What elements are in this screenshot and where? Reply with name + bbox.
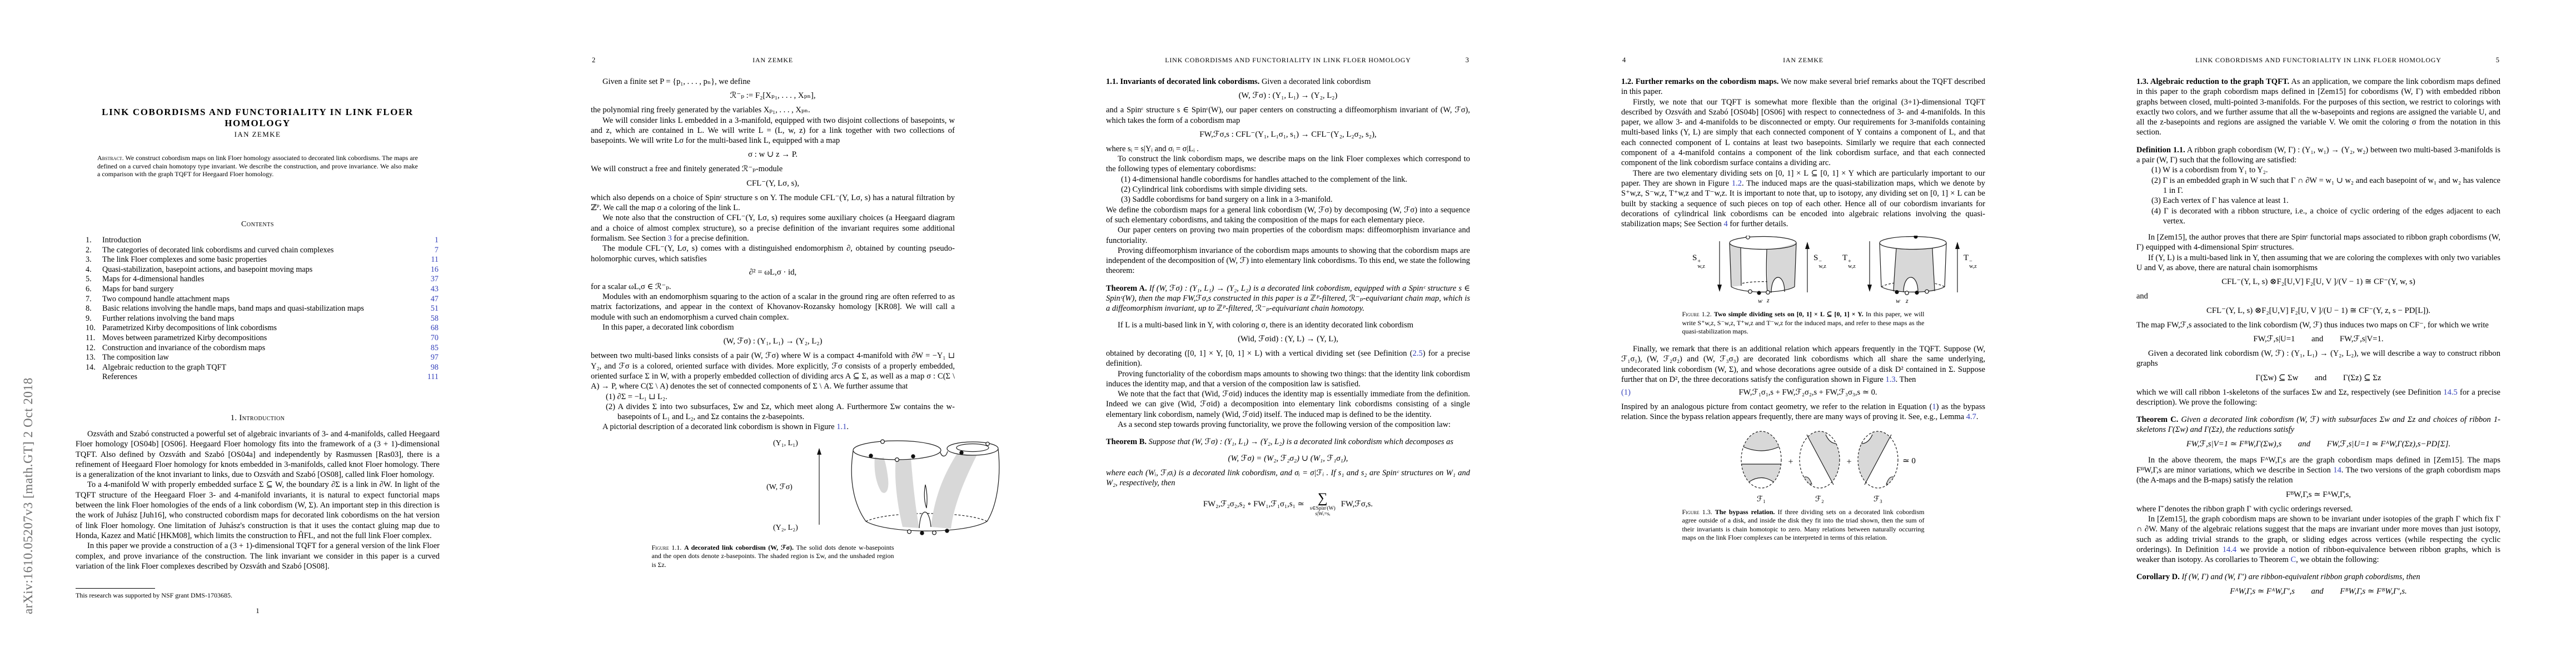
paragraph: There are two elementary dividing sets o… [1621,168,1985,230]
paragraph: The module CFL⁻(Y, Lσ, s) comes with a d… [591,243,955,264]
paper-title: LINK COBORDISMS AND FUNCTORIALITY IN LIN… [76,107,440,129]
map-letter: S [1813,253,1818,262]
paragraph: which we will call ribbon 1-skeletons of… [2136,387,2500,408]
figure-label-y1: (Y₁, L₁) [773,439,798,448]
text: Inspired by an analogous picture from co… [1621,402,1932,411]
figure-ref-link[interactable]: 1.1 [836,422,846,431]
composition-law-equation: FW₂,ℱ₂σ₂,s₂ ∘ FW₁,ℱ₁σ₁,s₁ ≃ ∑ s∈Spinᶜ(W)… [1106,491,1470,517]
paragraph: Given a decorated link cobordism (W, ℱ) … [2136,349,2500,369]
toc-page-link[interactable]: 70 [424,333,439,344]
w-label: w [1896,297,1900,305]
toc-title: Two compound handle attachment maps [102,295,424,305]
caption-head: A decorated link cobordism (W, ℱσ). [684,544,794,551]
subsection-1-3: 1.3. Algebraic reduction to the graph TQ… [2136,77,2500,138]
running-author: IAN ZEMKE [753,56,793,64]
down-arrow-icon [1866,240,1874,293]
page-2: 2 IAN ZEMKE Given a finite set P = {p₁, … [515,0,1030,667]
figure-1-1: (Y₁, L₁) (W, ℱσ) (Y₂, L₂) [591,439,955,540]
caption-label: Figure 1.1. [652,544,682,551]
text: Finally, we remark that there is an addi… [1621,345,1985,384]
list-item: (1) 4-dimensional handle cobordisms for … [1106,175,1470,185]
paragraph: We will consider links L embedded in a 3… [591,116,955,146]
equation: FW,ℱσ,s : CFL⁻(Y₁, L₁σ₁, s₁) → CFL⁻(Y₂, … [1106,130,1470,140]
toc-page-link[interactable]: 43 [424,285,439,295]
paragraph: We define the cobordism maps for a gener… [1106,205,1470,226]
map-letter: T [1842,253,1847,262]
toc-row: 9.Further relations involving the band m… [86,314,439,324]
paragraph: A pictorial description of a decorated l… [591,422,955,432]
toc-num: 6. [86,285,102,295]
toc-title: Algebraic reduction to the graph TQFT [102,363,424,373]
text: . Then [1896,375,1916,384]
map-label-t-plus: T+w,z [1842,253,1856,269]
paragraph: We note that the fact that (Wid, ℱσid) i… [1106,389,1470,420]
table-of-contents: 1.Introduction1 2.The categories of deco… [86,236,439,382]
list-item: (1) W is a cobordism from Y₁ to Y₂. [2136,165,2500,175]
plus-sign: + [1788,457,1793,466]
map-letter: S [1692,253,1697,262]
toc-row: 4.Quasi-stabilization, basepoint actions… [86,265,439,275]
contents-heading: Contents [76,220,440,229]
paragraph: Given a finite set P = {p₁, . . . , pₙ},… [591,77,955,87]
toc-page-link[interactable]: 68 [424,323,439,333]
toc-page-link[interactable]: 7 [424,246,439,256]
toc-num: 13. [86,353,102,363]
toc-page-link[interactable]: 111 [424,372,439,382]
list-item: (3) Saddle cobordisms for band surgery o… [1106,195,1470,205]
corollary-body: If (W, Γ) and (W, Γ′) are ribbon-equival… [2182,573,2420,581]
page-number: 3 [1466,56,1469,64]
page-4: 4 IAN ZEMKE 1.2. Further remarks on the … [1546,0,2061,667]
caption-head: The bypass relation. [1715,508,1775,516]
footnote-text: This research was supported by NSF grant… [76,591,232,599]
sum-symbol: ∑ s∈Spinᶜ(W) s|Wᵢ=sᵢ [1310,491,1336,517]
toc-page-link[interactable]: 1 [424,236,439,246]
abstract-text: We construct cobordism maps on link Floe… [97,154,418,178]
equation: FᴬW,Γ,s ≃ FᴬW,Γ′,s and FᴮW,Γ,s ≃ FᴮW,Γ′,… [2136,586,2500,596]
toc-row: 12.Construction and invariance of the co… [86,344,439,354]
toc-num: 1. [86,236,102,246]
intro-paragraphs: Ozsváth and Szabó constructed a powerful… [76,429,440,571]
running-head: 2 IAN ZEMKE [591,56,955,64]
figure-label-y2: (Y₂, L₂) [773,524,798,532]
paragraph: and [2136,291,2500,301]
caption-label: Figure 1.3. [1682,508,1712,516]
theorem-a: Theorem A. If (W, ℱσ) : (Y₁, L₁) → (Y₂, … [1106,283,1470,314]
subsection-1-2: 1.2. Further remarks on the cobordism ma… [1621,77,1985,97]
equation: Γ(Σw) ⊆ Σw and Γ(Σz) ⊆ Σz [2136,373,2500,383]
toc-page-link[interactable]: 37 [424,275,439,285]
equation: CFL⁻(Y, Lσ, s), [591,178,955,188]
section-ref-link[interactable]: 3 [668,234,672,243]
paragraph: and a Spinᶜ structure s ∈ Spinᶜ(W), our … [1106,105,1470,126]
paragraph: where sᵢ = s|Yᵢ and σᵢ = σ|Lᵢ . [1106,144,1470,154]
toc-page-link[interactable]: 11 [424,255,439,265]
toc-row: 11.Moves between parametrized Kirby deco… [86,333,439,344]
equation-lhs: FW₂,ℱ₂σ₂,s₂ ∘ FW₁,ℱ₁σ₁,s₁ ≃ [1203,499,1304,509]
text: . [846,422,849,431]
paragraph: the polynomial ring freely generated by … [591,105,955,115]
map-sub: w,z [1697,264,1705,269]
dividing-set-label-f1: ℱ₁ [1757,495,1766,504]
equation: (W, ℱσ) : (Y₁, L₁) → (Y₂, L₂) [1106,91,1470,101]
subsection-heading: 1.1. Invariants of decorated link cobord… [1106,77,1259,86]
w-label: w [1758,297,1762,305]
map-letter: T [1964,253,1969,262]
paragraph: The map FW,ℱ,s associated to the link co… [2136,320,2500,330]
theorem-body: Suppose that (W, ℱσ) : (Y₁, L₁) → (Y₂, L… [1149,437,1453,446]
figure-1-3: + + ≃ 0 ℱ₁ ℱ₂ ℱ₃ [1732,429,1985,505]
text: obtained by decorating ([0, 1] × Y, [0, … [1106,349,1413,358]
up-arrow-icon [1803,240,1811,293]
equation: (W, ℱσ) : (Y₁, L₁) → (Y₂, L₂) [591,336,955,346]
paragraph: obtained by decorating ([0, 1] × Y, [0, … [1106,349,1470,369]
toc-row: 5.Maps for 4-dimensional handles37 [86,275,439,285]
toc-title: The link Floer complexes and some basic … [102,255,424,265]
section-ref-link[interactable]: 14 [2333,466,2341,475]
toc-row: 2.The categories of decorated link cobor… [86,246,439,256]
corollary-d: Corollary D. If (W, Γ) and (W, Γ′) are r… [2136,572,2500,596]
paper-canvas: arXiv:1610.05207v3 [math.GT] 2 Oct 2018 … [0,0,2576,667]
toc-title: Parametrized Kirby decompositions of lin… [102,323,424,333]
equation: FW,ℱ,s|U=1 and FW,ℱ,s|V=1. [2136,334,2500,344]
list-item: (2) Cylindrical link cobordisms with sim… [1106,185,1470,195]
paragraph: which also depends on a choice of Spinᶜ … [591,193,955,213]
sum-subscript: s∈Spinᶜ(W) [1310,506,1336,511]
equation: ℛ⁻ₚ := F₂[Xₚ₁, . . . , Xₚₙ], [591,91,955,101]
figure-1-2: S+w,z w [1621,236,1985,307]
page-2-column: Given a finite set P = {p₁, . . . , pₙ},… [591,77,955,569]
theorem-c: Theorem C. Given a decorated link cobord… [2136,415,2500,449]
figure-1-1-caption: Figure 1.1. A decorated link cobordism (… [652,544,894,570]
toc-page-link[interactable]: 51 [424,304,439,314]
chain-homotopic-zero: ≃ 0 [1902,456,1916,465]
theorem-label: Theorem A. [1106,284,1147,293]
paragraph: If (Y, L) is a multi-based link in Y, th… [2136,253,2500,273]
text: for further details. [1728,220,1788,228]
toc-num: 10. [86,323,102,333]
paragraph: Proving functoriality of the cobordism m… [1106,369,1470,390]
paragraph: Our paper centers on proving two main pr… [1106,225,1470,246]
sigma-icon: ∑ [1318,491,1328,506]
toc-num: 3. [86,255,102,265]
cylinder-s-drawing: w z [1727,236,1799,305]
dividing-set-label-f2: ℱ₂ [1815,495,1824,504]
definition-body: A ribbon graph cobordism (W, Γ) : (Y₁, w… [2136,146,2500,165]
definition-label: Definition 1.1. [2136,146,2185,155]
page-number: 5 [2496,56,2499,64]
equation: FW,ℱ,s|V=1 ≃ FᴮW,Γ(Σw),s and FW,ℱ,s|U=1 … [2136,439,2500,449]
toc-title: Moves between parametrized Kirby decompo… [102,333,424,344]
sum-subscript: s|Wᵢ=sᵢ [1315,511,1330,517]
page-5: LINK COBORDISMS AND FUNCTORIALITY IN LIN… [2061,0,2576,667]
paragraph: We will construct a free and finitely ge… [591,164,955,174]
list-item: (1) ∂Σ = −L₁ ⊔ L₂. [591,392,955,402]
page-3-column: 1.1. Invariants of decorated link cobord… [1106,77,1470,521]
paragraph: To construct the link cobordism maps, we… [1106,154,1470,175]
caption-head: Two simple dividing sets on [0, 1] × L ⊆… [1714,310,1864,318]
equation: CFL⁻(Y, L, s) ⊗F₂[U,V] F₂[U, V ]/(U − 1)… [2136,306,2500,316]
figure-1-2-caption: Figure 1.2. Two simple dividing sets on … [1682,310,1925,336]
toc-title: Maps for 4-dimensional handles [102,275,424,285]
toc-title: Further relations involving the band map… [102,314,424,324]
theorem-label: Theorem C. [2136,415,2178,424]
equation-rhs: FW,ℱσ,s. [1341,499,1373,509]
page-1: arXiv:1610.05207v3 [math.GT] 2 Oct 2018 … [0,0,515,667]
section-1-heading: 1. Introduction [76,414,440,423]
corollary-label: Corollary D. [2136,573,2180,581]
page-1-column: LINK COBORDISMS AND FUNCTORIALITY IN LIN… [76,0,440,667]
paper-author: IAN ZEMKE [76,130,440,139]
paragraph: for a scalar ωL,σ ∈ ℛ⁻ₚ. [591,282,955,292]
map-label-t-minus: T−w,z [1964,253,1977,269]
paragraph: We note also that the construction of CF… [591,213,955,243]
toc-row: 8.Basic relations involving the handle m… [86,304,439,314]
figure-ref-link[interactable]: 1.2 [1732,179,1742,188]
toc-row: 6.Maps for band surgery43 [86,285,439,295]
equation-tag-link[interactable]: (1) [1621,388,1631,397]
z-label: z [1766,296,1770,304]
theorem-body: If (W, ℱσ) : (Y₁, L₁) → (Y₂, L₂) is a de… [1106,284,1470,313]
theorem-ref-link[interactable]: C [2290,555,2296,564]
abstract: Abstract. We construct cobordism maps on… [97,154,418,178]
toc-num: 12. [86,344,102,354]
running-head: 4 IAN ZEMKE [1621,56,1985,64]
paragraph: Firstly, we note that our TQFT is somewh… [1621,97,1985,168]
down-arrow-icon [1716,240,1723,293]
figure-1-3-caption: Figure 1.3. The bypass relation. If thre… [1682,508,1925,542]
toc-row: 1.Introduction1 [86,236,439,246]
toc-title: Quasi-stabilization, basepoint actions, … [102,265,424,275]
abstract-label: Abstract. [97,154,124,162]
toc-row: 13.The composition law97 [86,353,439,363]
text: We note also that the construction of CF… [591,213,955,243]
toc-page-link[interactable]: 85 [424,344,439,354]
running-title: LINK COBORDISMS AND FUNCTORIALITY IN LIN… [1165,56,1411,64]
paragraph: In this paper we provide a construction … [76,541,440,571]
figure-label-w: (W, ℱσ) [766,482,793,492]
toc-num: 2. [86,246,102,256]
definition-ref-link[interactable]: 14.4 [2223,545,2236,554]
toc-title: The categories of decorated link cobordi… [102,246,424,256]
list-item: (2) Γ is an embedded graph in W such tha… [2136,176,2500,196]
paragraph: Proving diffeomorphism invariance of the… [1106,246,1470,276]
equation-body: FW,ℱ₁σ₁,s + FW,ℱ₂σ₂,s + FW,ℱ₃σ₃,s ≃ 0. [1631,388,1985,397]
toc-title: Basic relations involving the handle map… [102,304,424,314]
toc-row: 7.Two compound handle attachment maps47 [86,295,439,305]
toc-page-link[interactable]: 47 [424,295,439,305]
toc-page-link[interactable]: 97 [424,353,439,363]
map-label-s-plus: S+w,z [1692,253,1705,269]
page-5-column: 1.3. Algebraic reduction to the graph TQ… [2136,77,2500,603]
bypass-relation-drawing: + + ≃ 0 ℱ₁ ℱ₂ ℱ₃ [1732,429,1921,505]
running-title: LINK COBORDISMS AND FUNCTORIALITY IN LIN… [2195,56,2441,64]
paragraph: In [Zem15], the author proves that there… [2136,232,2500,253]
subsection-heading: 1.3. Algebraic reduction to the graph TQ… [2136,77,2289,86]
list-item: (4) Γ is decorated with a ribbon structu… [2136,206,2500,227]
theorem-label: Theorem B. [1106,437,1147,446]
toc-page-link[interactable]: 98 [424,363,439,373]
paragraph: where Γ̄ denotes the ribbon graph Γ with… [2136,504,2500,514]
map-label-s-minus: S−w,z [1813,253,1826,269]
subsection-heading: 1.2. Further remarks on the cobordism ma… [1621,77,1778,86]
cylinder-t-drawing: w z [1877,236,1949,305]
running-head: LINK COBORDISMS AND FUNCTORIALITY IN LIN… [2136,56,2500,64]
text: As an application, we compare the link c… [2136,77,2500,137]
toc-num: 9. [86,314,102,324]
figure-ref-link[interactable]: 1.3 [1885,375,1895,384]
toc-num: 14. [86,363,102,373]
theorem-b: Theorem B. Suppose that (W, ℱσ) : (Y₁, L… [1106,437,1470,447]
toc-page-link[interactable]: 16 [424,265,439,275]
subsection-1-1: 1.1. Invariants of decorated link cobord… [1106,77,1470,87]
section-ref-link[interactable]: 4 [1723,220,1727,228]
equation: ∂² = ωL,σ · id, [591,268,955,277]
footnote-rule [76,588,155,589]
toc-page-link[interactable]: 58 [424,314,439,324]
toc-title: Introduction [102,236,424,246]
text: . [1976,412,1979,421]
list-item: (3) Each vertex of Γ has valence at leas… [2136,196,2500,206]
toc-num: 11. [86,333,102,344]
equation: CFL⁻(Y, L, s) ⊗F₂[U,V] F₂[U, V ]/(V − 1)… [2136,277,2500,287]
equation-ref-link[interactable]: 1 [1932,402,1936,411]
toc-num: 4. [86,265,102,275]
map-sub: w,z [1848,264,1856,269]
up-arrow-icon [1954,240,1961,293]
caption-label: Figure 1.2. [1682,310,1712,318]
paragraph: In this paper, a decorated link cobordis… [591,322,955,332]
paragraph: In the above theorem, the maps FᴬW,Γ,s a… [2136,455,2500,486]
toc-title: Construction and invariance of the cobor… [102,344,424,354]
text: which we will call ribbon 1-skeletons of… [2136,388,2443,397]
toc-title: Maps for band surgery [102,285,424,295]
dividing-set-label-f3: ℱ₃ [1874,495,1882,504]
definition-ref-link[interactable]: 14.5 [2443,388,2457,397]
paragraph: As a second step towards proving functor… [1106,420,1470,430]
paragraph: To a 4-manifold W with properly embedded… [76,480,440,541]
toc-row: References111 [86,372,439,382]
text: A pictorial description of a decorated l… [602,422,836,431]
lemma-ref-link[interactable]: 4.7 [1966,412,1976,421]
map-sub: w,z [1818,264,1826,269]
toc-num: 8. [86,304,102,314]
paragraph: between two multi-based links consists o… [591,351,955,391]
equation: (W, ℱσ) = (W₂, ℱ₂σ₂) ∪ (W₁, ℱ₁σ₁), [1106,454,1470,464]
toc-title: The composition law [102,353,424,363]
arxiv-stamp: arXiv:1610.05207v3 [math.GT] 2 Oct 2018 [21,377,36,614]
page-number: 2 [592,56,595,64]
page-3: LINK COBORDISMS AND FUNCTORIALITY IN LIN… [1030,0,1546,667]
equation: σ : w ∪ z → P. [591,150,955,160]
definition-1-1: Definition 1.1. A ribbon graph cobordism… [2136,145,2500,226]
paragraph: where each (Wᵢ, ℱᵢσᵢ) is a decorated lin… [1106,468,1470,489]
plus-sign: + [1846,457,1851,466]
toc-title: References [102,372,424,382]
equation: (Wid, ℱσid) : (Y, L) → (Y, L), [1106,334,1470,344]
equation: FᴮW,Γ,s ≃ FᴬW,Γ̄,s, [2136,490,2500,500]
equation-1: (1) FW,ℱ₁σ₁,s + FW,ℱ₂σ₂,s + FW,ℱ₃σ₃,s ≃ … [1621,388,1985,397]
definition-ref-link[interactable]: 2.5 [1413,349,1423,358]
theorem-body: Given a decorated link cobordism (W, ℱ) … [2136,415,2500,434]
paragraph: Inspired by an analogous picture from co… [1621,402,1985,422]
page-4-column: 1.2. Further remarks on the cobordism ma… [1621,77,1985,542]
toc-row: 10.Parametrized Kirby decompositions of … [86,323,439,333]
paragraph: In [Zem15], the graph cobordism maps are… [2136,514,2500,565]
footnote: This research was supported by NSF grant… [76,588,440,600]
text: for a precise definition. [672,234,749,243]
toc-num [86,372,102,382]
toc-row: 14.Algebraic reduction to the graph TQFT… [86,363,439,373]
list-item: (2) A divides Σ into two subsurfaces, Σw… [591,402,955,422]
running-author: IAN ZEMKE [1783,56,1823,64]
paragraph: Ozsváth and Szabó constructed a powerful… [76,429,440,480]
figure-1-1-drawing [844,439,1009,540]
up-arrow-icon [815,447,823,526]
map-sub: w,z [1969,264,1977,269]
z-label: z [1905,297,1909,305]
text: , we obtain the following: [2296,555,2379,564]
paragraph: Modules with an endomorphism squaring to… [591,292,955,322]
page-number: 1 [76,607,440,615]
page-number: 4 [1622,56,1626,64]
toc-row: 3.The link Floer complexes and some basi… [86,255,439,265]
toc-num: 5. [86,275,102,285]
running-head: LINK COBORDISMS AND FUNCTORIALITY IN LIN… [1106,56,1470,64]
text: Given a decorated link cobordism [1262,77,1371,86]
paragraph: If L is a multi-based link in Y, with co… [1106,320,1470,330]
toc-num: 7. [86,295,102,305]
paragraph: Finally, we remark that there is an addi… [1621,344,1985,385]
